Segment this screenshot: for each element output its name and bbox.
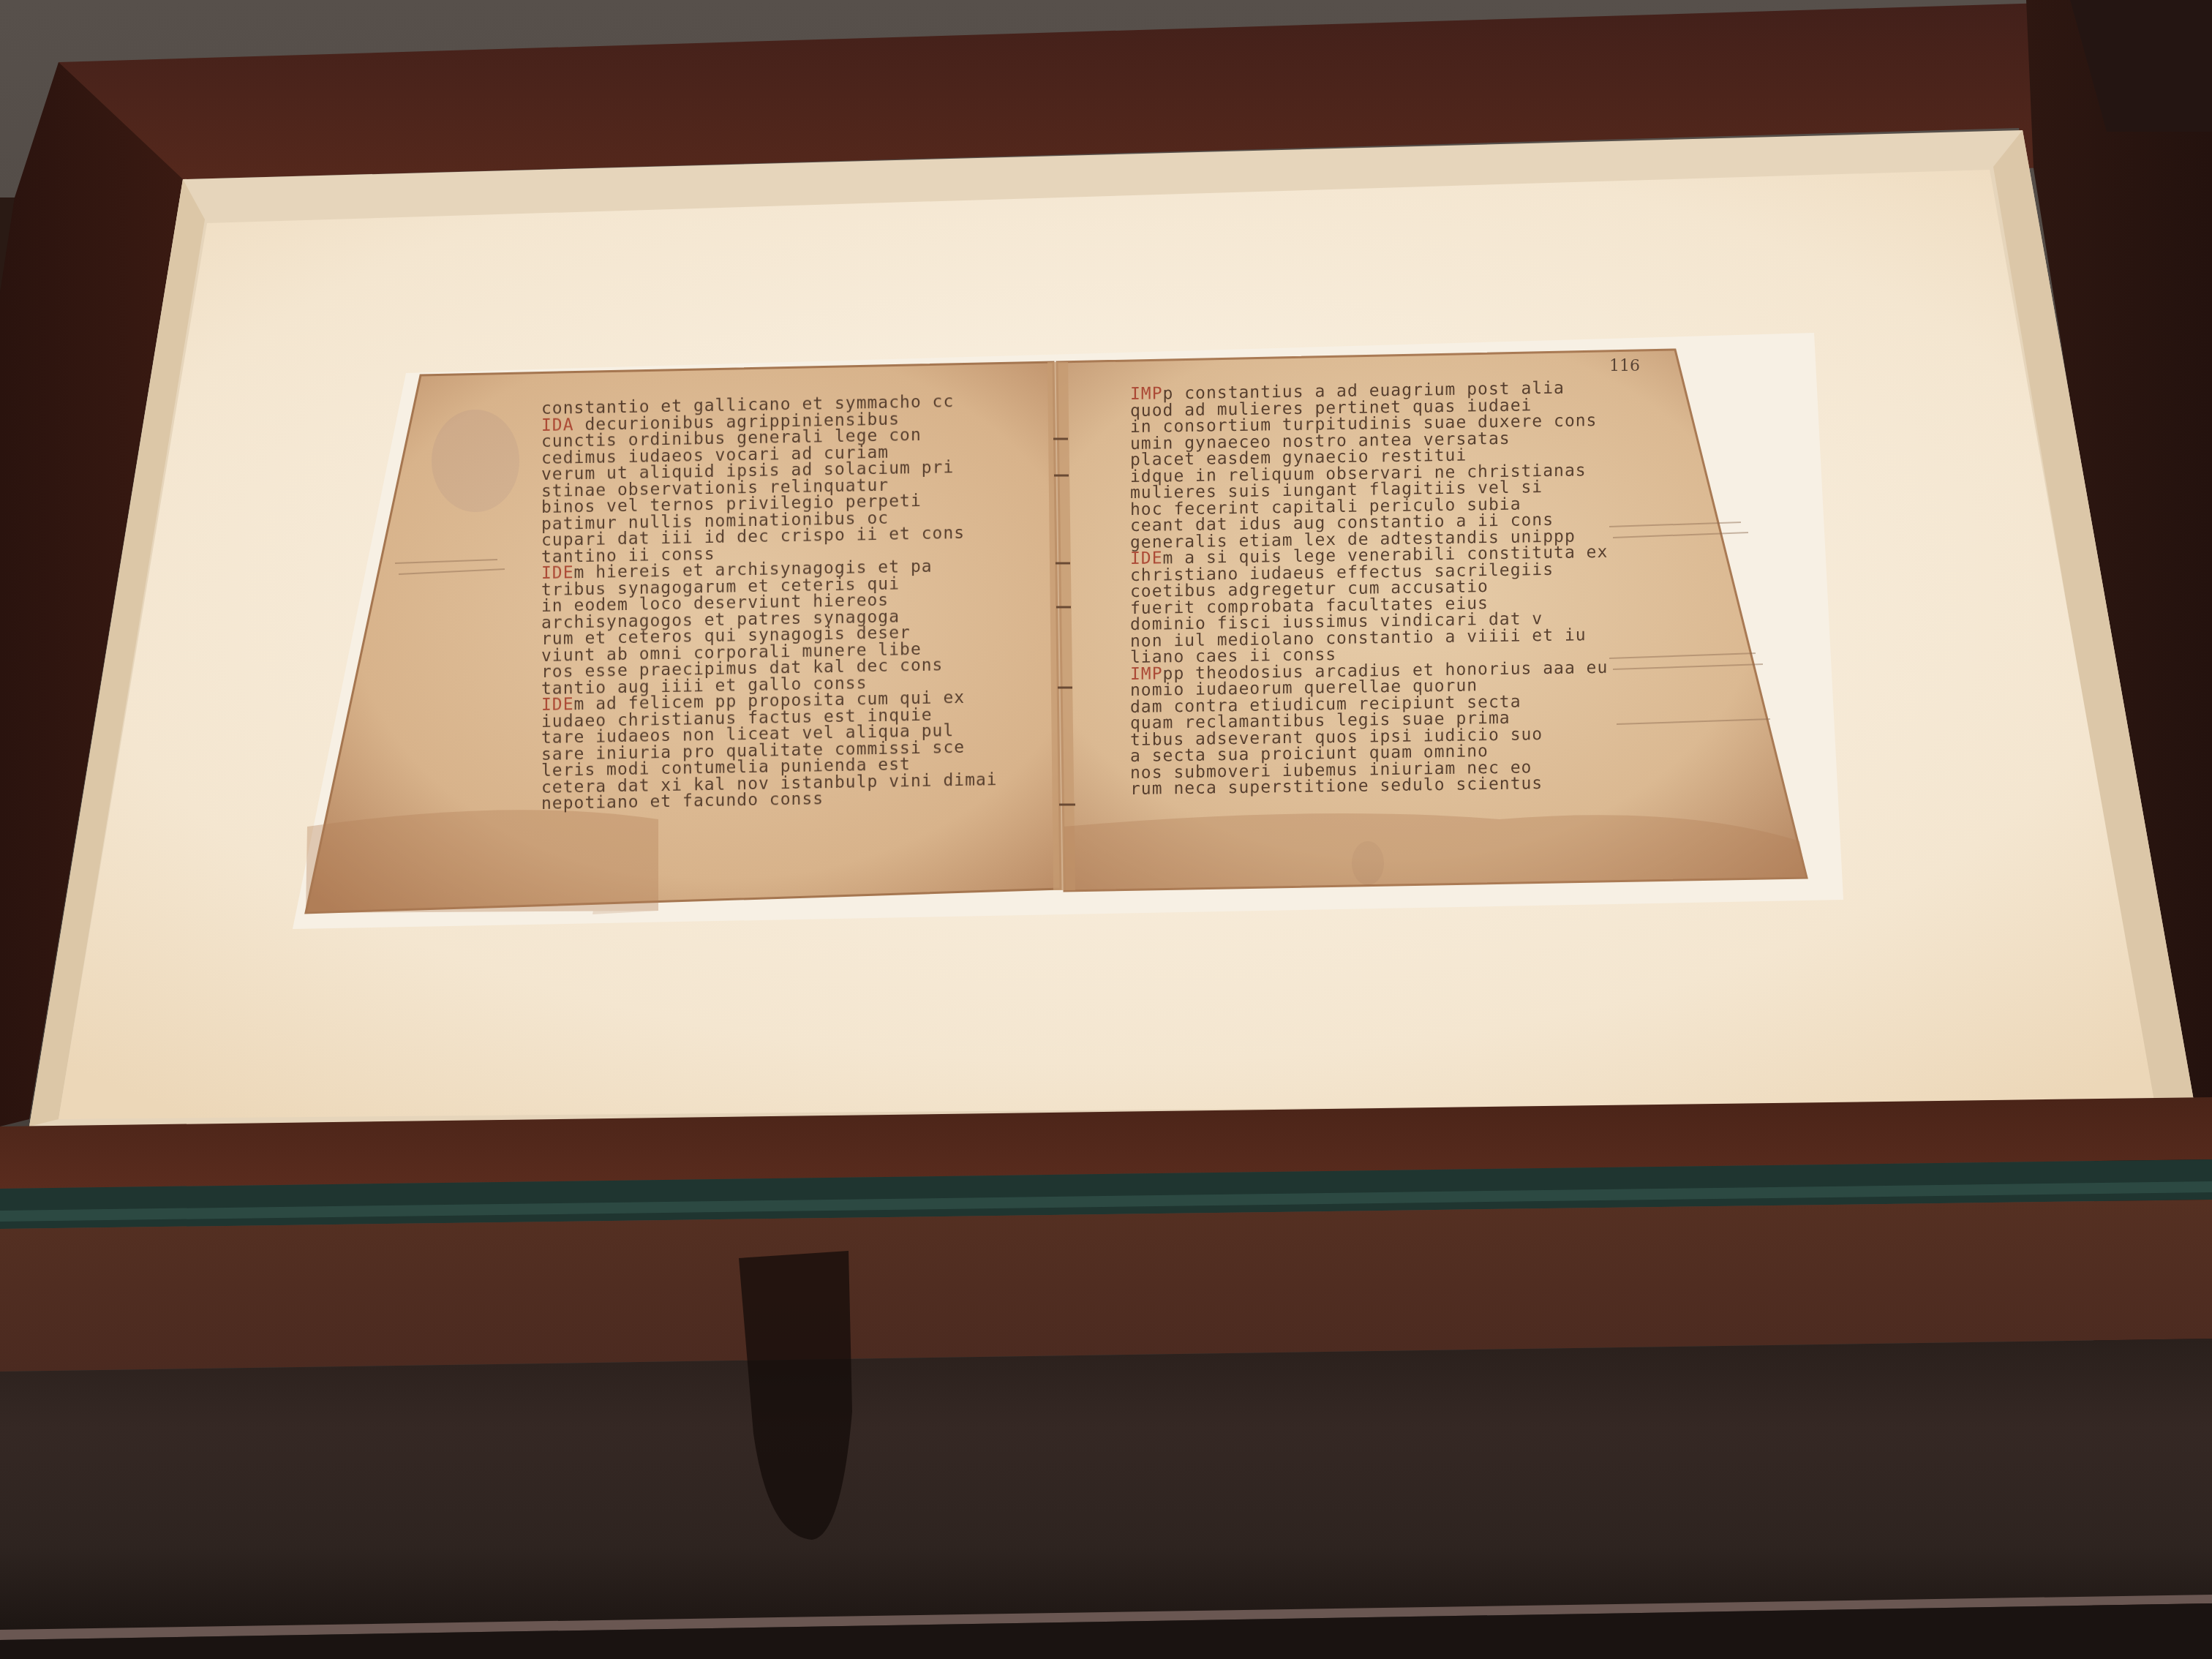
left-page-text: constantio et gallicano et symmacho ccID… [541,393,998,812]
folio-number: 116 [1609,357,1640,375]
display-case-scene [0,0,2212,1659]
right-page-text: IMPp constantius a ad euagrium post alia… [1130,380,1608,798]
case-glass-reflection [0,1339,2212,1635]
